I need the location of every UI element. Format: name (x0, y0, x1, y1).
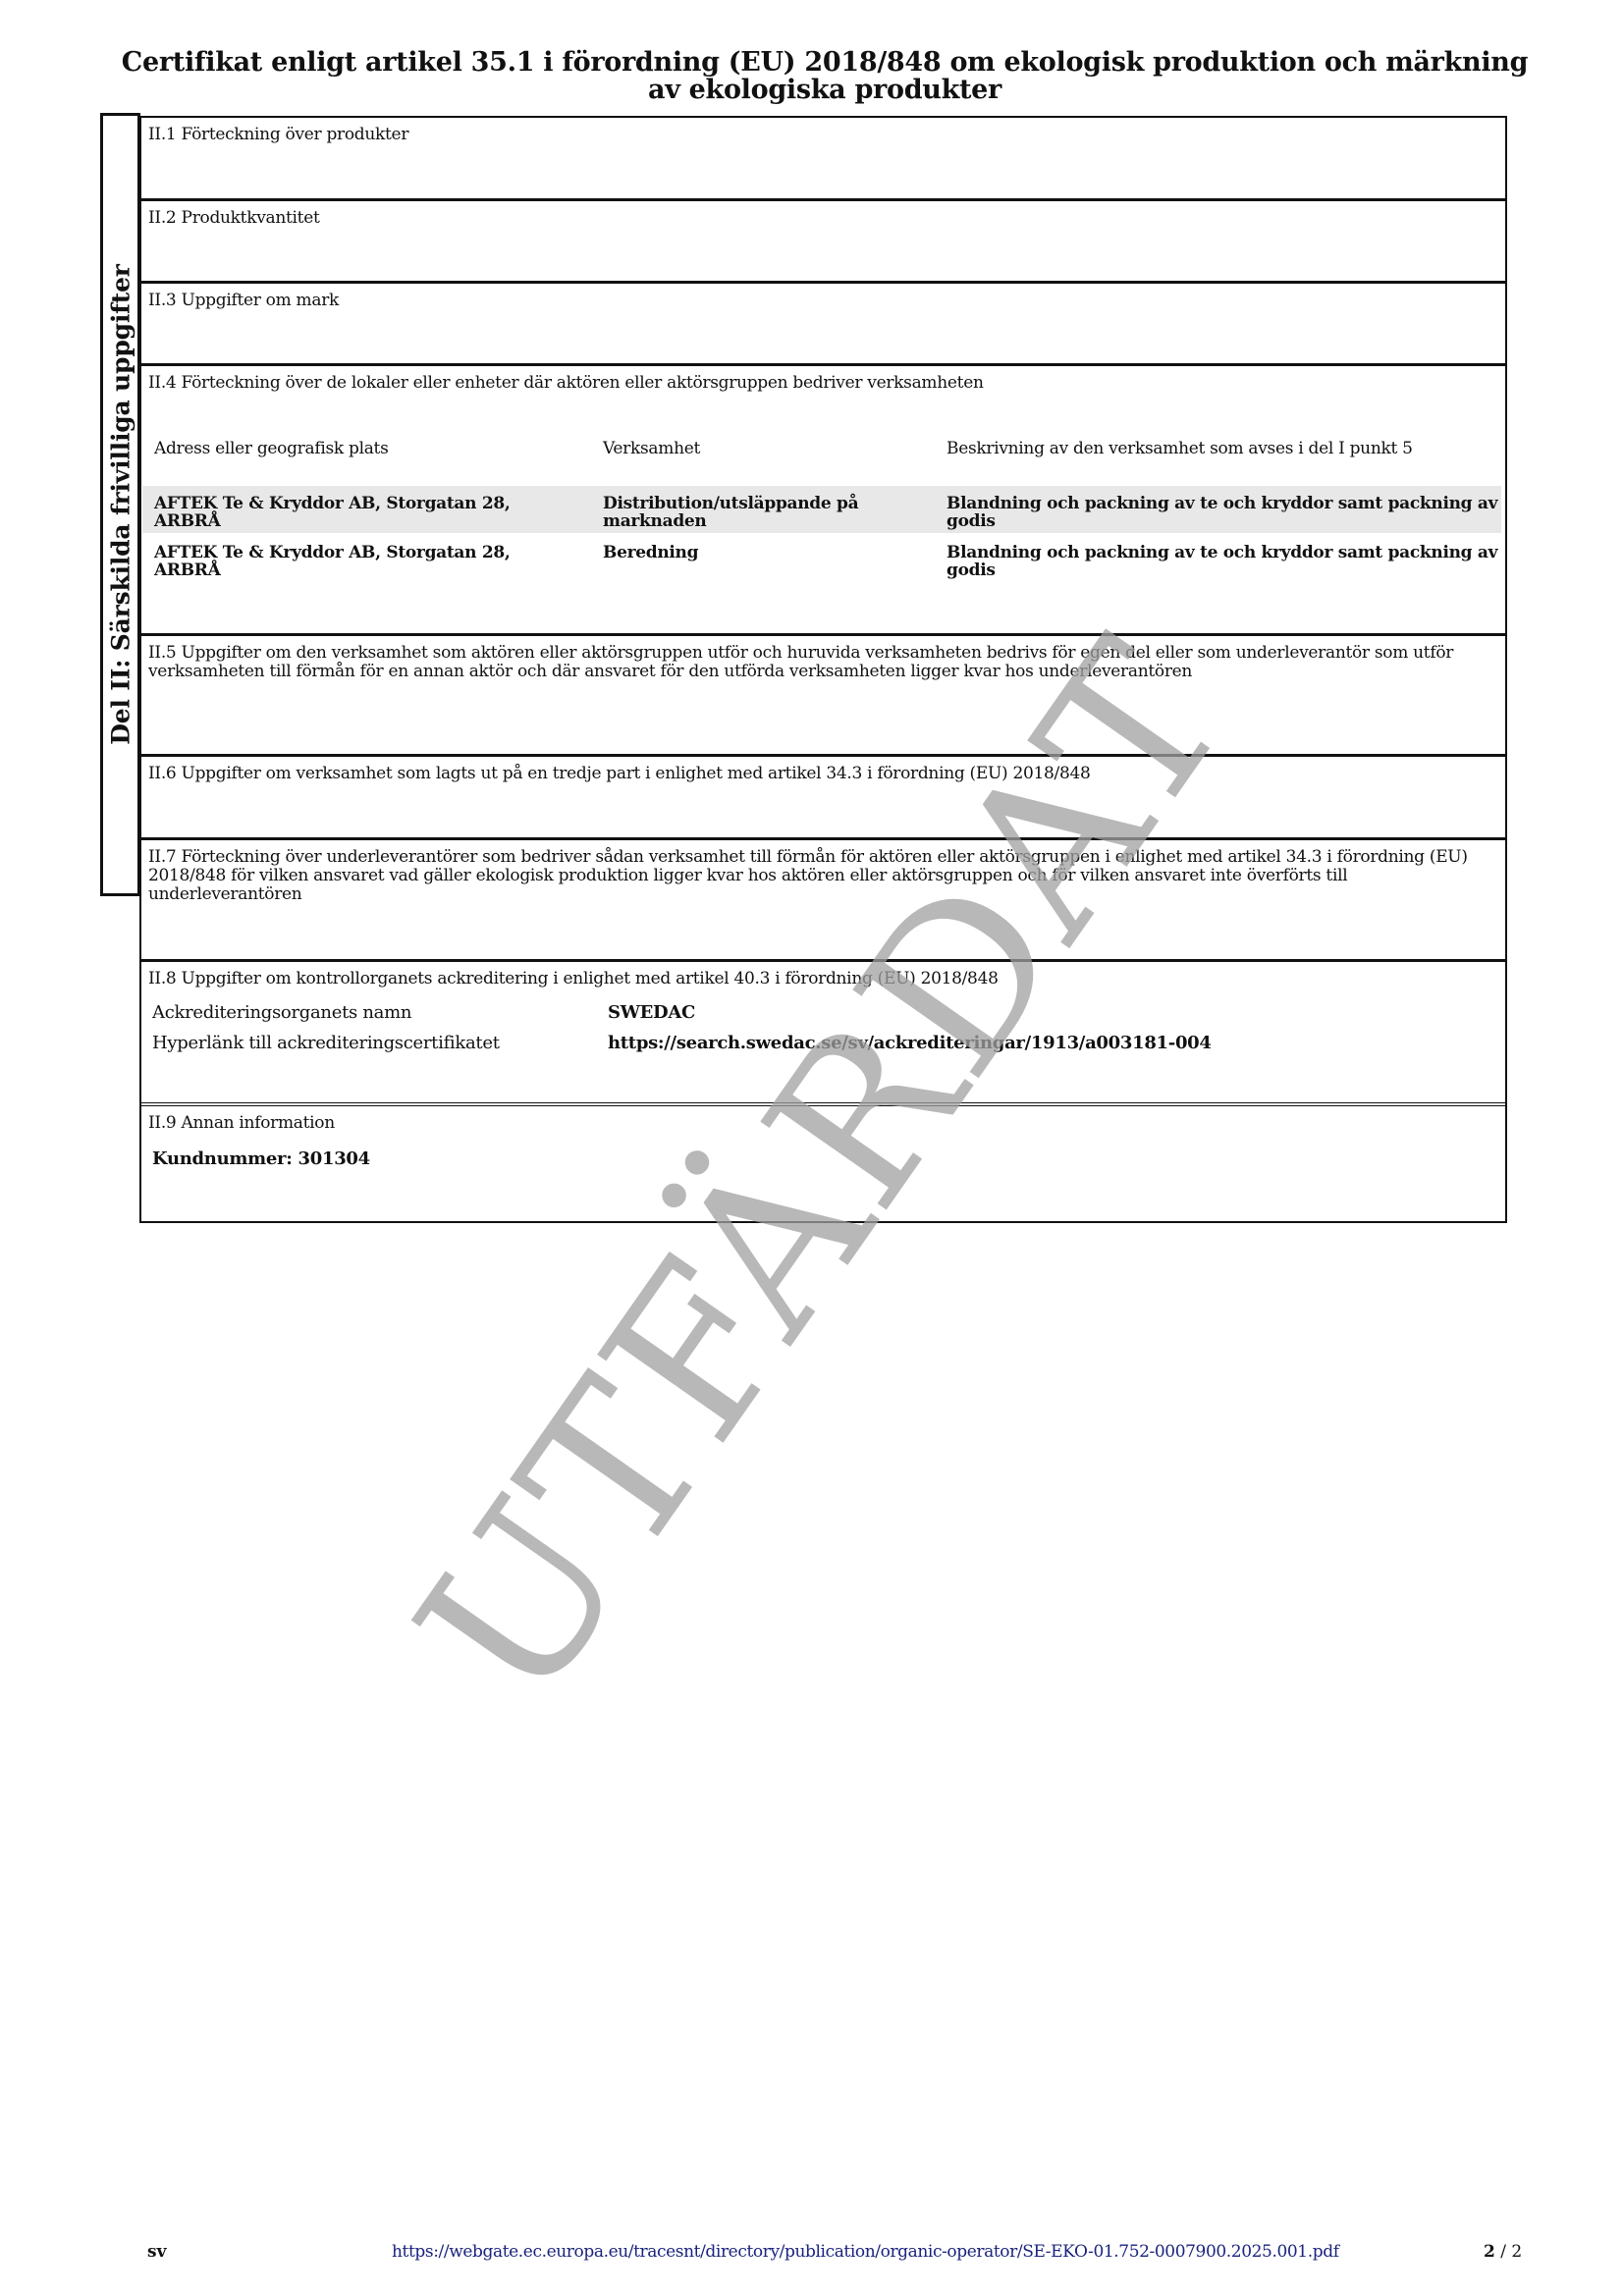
accreditation-body-label: Ackrediteringsorganets namn (152, 1003, 411, 1023)
page-indicator: 2 / 2 (1484, 2242, 1522, 2262)
section-heading: II.9 Annan information (148, 1114, 1486, 1133)
footer-document-link[interactable]: https://webgate.ec.europa.eu/tracesnt/di… (392, 2242, 1339, 2262)
accreditation-link-label: Hyperlänk till ackrediteringscertifikate… (152, 1034, 500, 1053)
section-ii-2: II.2 Produktkvantitet (141, 198, 1505, 281)
section-heading: II.5 Uppgifter om den verksamhet som akt… (148, 644, 1486, 681)
section-heading: II.2 Produktkvantitet (148, 209, 1486, 228)
table-row-2-description: Blandning och packning av te och kryddor… (947, 544, 1501, 579)
section-ii-8: II.8 Uppgifter om kontrollorganets ackre… (141, 959, 1505, 1102)
section-ii-7: II.7 Förteckning över underleverantörer … (141, 837, 1505, 959)
footer-language: sv (147, 2242, 166, 2262)
accreditation-link[interactable]: https://search.swedac.se/sv/ackrediterin… (608, 1034, 1212, 1053)
certificate-table: II.1 Förteckning över produkter II.2 Pro… (139, 116, 1507, 1223)
part-label-box: Del II: Särskilda frivilliga uppgifter (100, 113, 140, 896)
table-row-1-description: Blandning och packning av te och kryddor… (947, 495, 1501, 530)
section-heading: II.6 Uppgifter om verksamhet som lagts u… (148, 765, 1486, 783)
document-title: Certifikat enligt artikel 35.1 i förordn… (118, 49, 1532, 104)
section-ii-3: II.3 Uppgifter om mark (141, 281, 1505, 363)
section-heading: II.4 Förteckning över de lokaler eller e… (148, 374, 1486, 393)
section-ii-5: II.5 Uppgifter om den verksamhet som akt… (141, 633, 1505, 754)
section-ii-1: II.1 Förteckning över produkter (141, 118, 1505, 198)
table-row-2-address: AFTEK Te & Kryddor AB, Storgatan 28, ARB… (154, 544, 547, 579)
page-total: 2 (1511, 2242, 1522, 2262)
section-heading: II.3 Uppgifter om mark (148, 292, 1486, 310)
page-current: 2 (1484, 2242, 1495, 2262)
table-row-1-address: AFTEK Te & Kryddor AB, Storgatan 28, ARB… (154, 495, 547, 530)
page-separator: / (1500, 2242, 1506, 2262)
section-heading: II.1 Förteckning över produkter (148, 126, 1486, 144)
section-ii-4: II.4 Förteckning över de lokaler eller e… (141, 363, 1505, 633)
column-header-address: Adress eller geografisk plats (154, 440, 389, 458)
customer-number: Kundnummer: 301304 (152, 1149, 370, 1169)
section-ii-6: II.6 Uppgifter om verksamhet som lagts u… (141, 754, 1505, 837)
section-heading: II.7 Förteckning över underleverantörer … (148, 848, 1486, 904)
table-row-1-activity: Distribution/utsläppande på marknaden (603, 495, 897, 530)
column-header-activity: Verksamhet (603, 440, 700, 458)
accreditation-body-value: SWEDAC (608, 1003, 695, 1023)
section-ii-9: II.9 Annan information Kundnummer: 30130… (141, 1102, 1505, 1223)
table-row-2-activity: Beredning (603, 544, 897, 561)
part-label: Del II: Särskilda frivilliga uppgifter (106, 264, 135, 745)
column-header-description: Beskrivning av den verksamhet som avses … (947, 440, 1413, 458)
section-heading: II.8 Uppgifter om kontrollorganets ackre… (148, 970, 1486, 988)
